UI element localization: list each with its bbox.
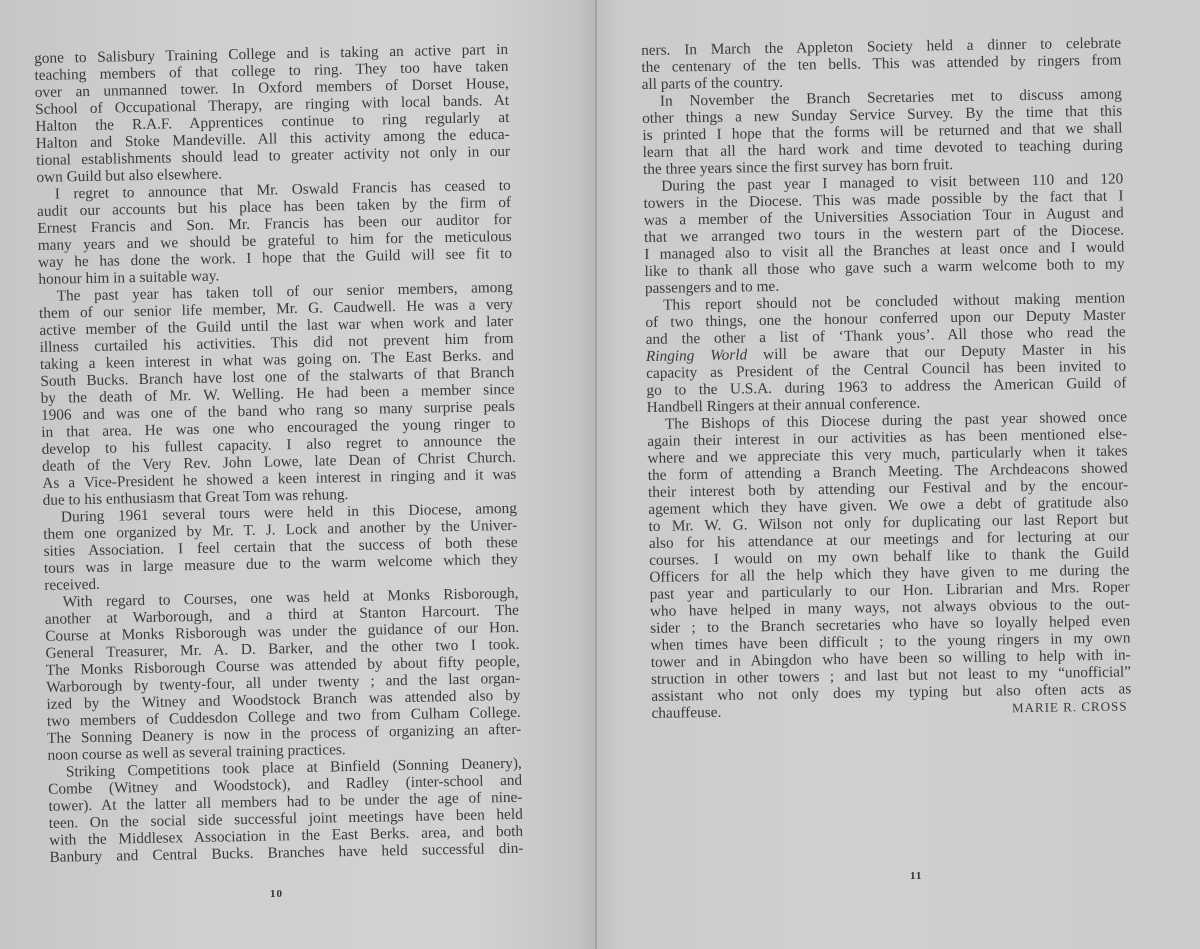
page-number: 10 — [270, 888, 283, 900]
left-page-text: gone to Salisbury Training College and i… — [34, 41, 524, 866]
left-page: gone to Salisbury Training College and i… — [0, 0, 595, 949]
book-spread: gone to Salisbury Training College and i… — [0, 0, 1200, 949]
page-number: 11 — [910, 870, 922, 882]
right-page: ners. In March the Appleton Society held… — [595, 0, 1200, 949]
publication-title: Ringing World — [646, 346, 747, 365]
right-page-text: ners. In March the Appleton Society held… — [641, 34, 1132, 721]
book-gutter — [595, 0, 597, 949]
